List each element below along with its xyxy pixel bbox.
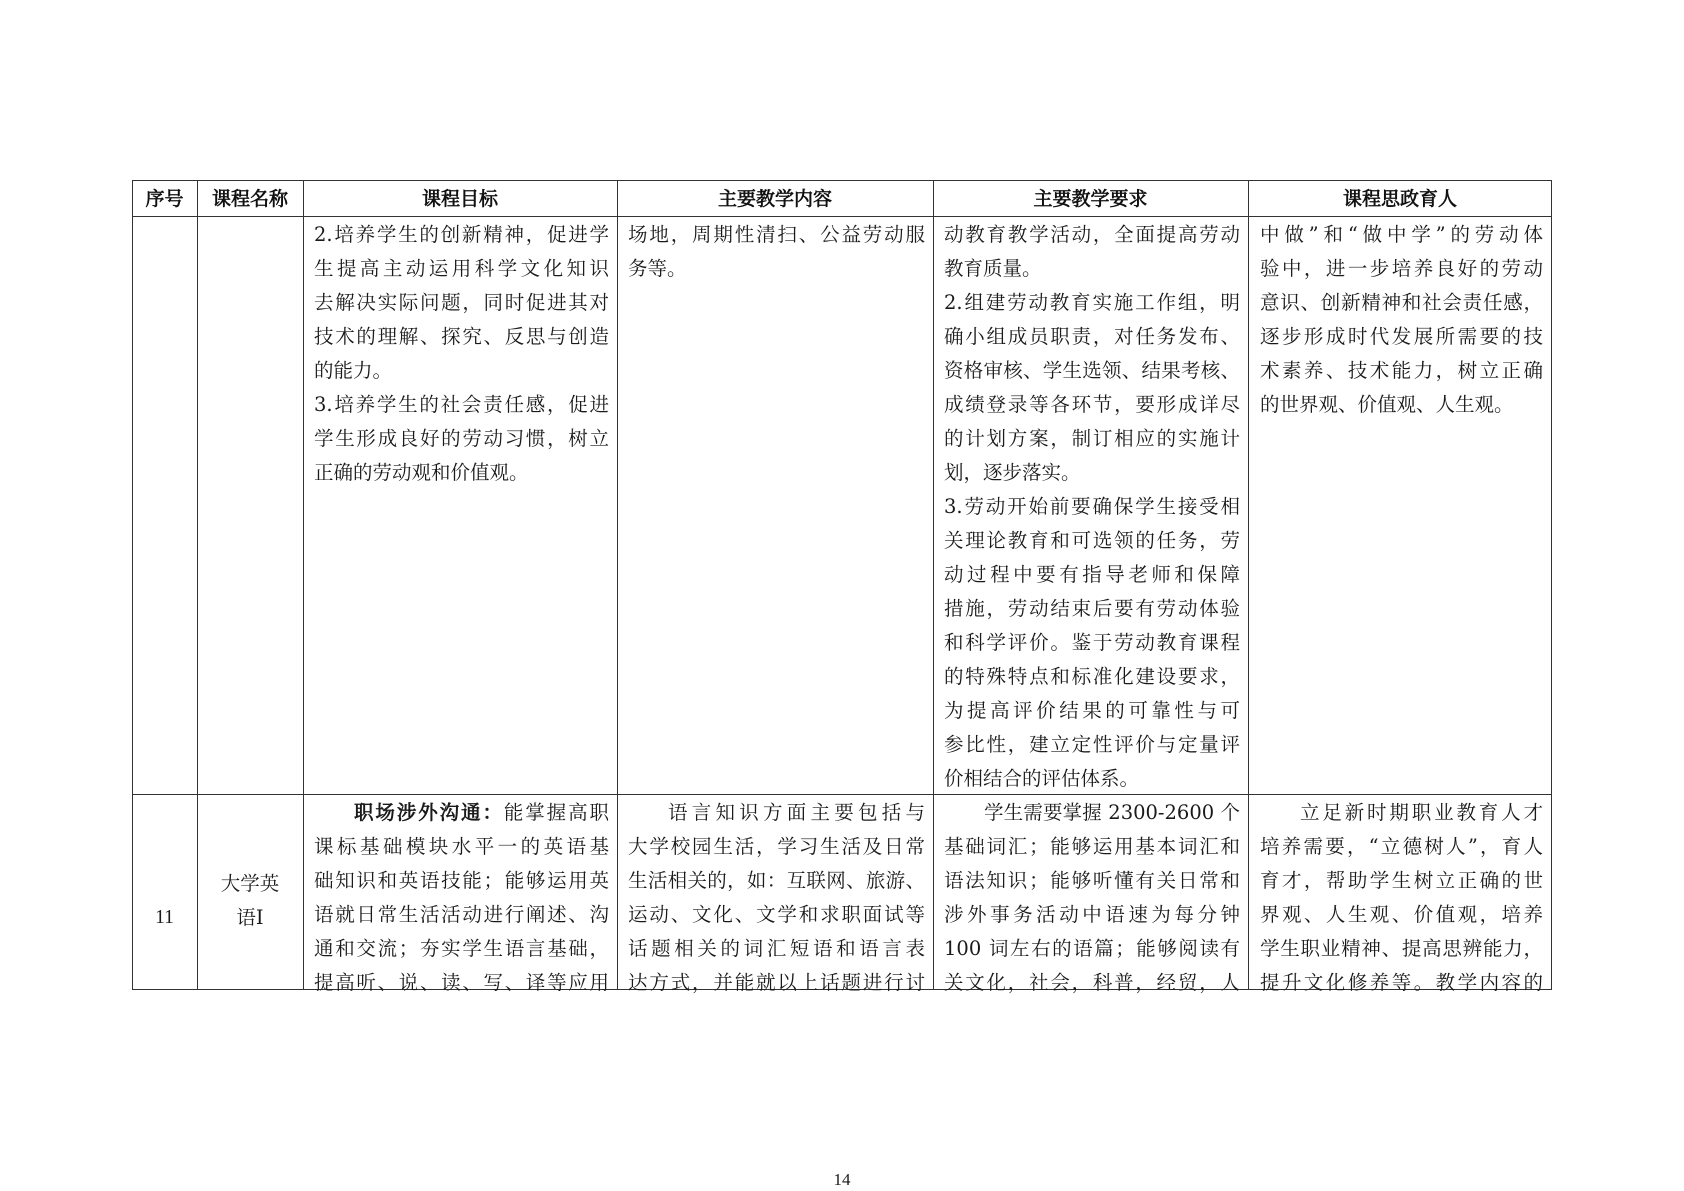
text-line: 逐步形成时代发展所需要的技 bbox=[1260, 320, 1543, 354]
text-line: 确小组成员职责，对任务发布、 bbox=[944, 320, 1240, 354]
text-line: 提升文化修养等。教学内容的 bbox=[1260, 966, 1543, 1000]
text-line: 大学英 bbox=[197, 867, 303, 901]
text-line: 3.培养学生的社会责任感，促进 bbox=[314, 388, 609, 422]
text-line: 100 词左右的语篇；能够阅读有 bbox=[944, 932, 1240, 966]
text-fragment: 能掌握高职 bbox=[504, 801, 609, 824]
text-line: 务等。 bbox=[628, 252, 925, 286]
text-line: 语法知识；能够听懂有关日常和 bbox=[944, 864, 1240, 898]
text-line: 语言知识方面主要包括与 bbox=[628, 796, 925, 830]
header-teaching-content: 主要教学内容 bbox=[617, 181, 933, 217]
row2-course-goal: 职场涉外沟通：能掌握高职 课标基础模块水平一的英语基 础知识和英语技能；能够运用… bbox=[314, 796, 609, 1000]
text-line: 运动、文化、文学和求职面试等 bbox=[628, 898, 925, 932]
text-line: 2.组建劳动教育实施工作组，明 bbox=[944, 286, 1240, 320]
text-line: 的特殊特点和标准化建设要求， bbox=[944, 660, 1240, 694]
column-divider bbox=[933, 180, 934, 990]
text-line: 场地，周期性清扫、公益劳动服 bbox=[628, 218, 925, 252]
text-line: 立足新时期职业教育人才 bbox=[1260, 796, 1543, 830]
text-line: 的世界观、价值观、人生观。 bbox=[1260, 388, 1543, 422]
text-line: 提高听、说、读、写、译等应用 bbox=[314, 966, 609, 1000]
header-index: 序号 bbox=[132, 181, 197, 217]
row1-teaching-requirements: 动教育教学活动，全面提高劳动 教育质量。 2.组建劳动教育实施工作组，明 确小组… bbox=[944, 218, 1240, 796]
text-line: 2.培养学生的创新精神，促进学 bbox=[314, 218, 609, 252]
text-line: 资格审核、学生选领、结果考核、 bbox=[944, 354, 1240, 388]
header-course-goal: 课程目标 bbox=[303, 181, 617, 217]
row2-course-name: 大学英 语Ⅰ bbox=[197, 867, 303, 935]
text-line: 语Ⅰ bbox=[197, 901, 303, 935]
column-divider bbox=[617, 180, 618, 990]
row1-course-goal: 2.培养学生的创新精神，促进学 生提高主动运用科学文化知识 去解决实际问题，同时… bbox=[314, 218, 609, 490]
text-line: 划，逐步落实。 bbox=[944, 456, 1240, 490]
text-line: 的计划方案，制订相应的实施计 bbox=[944, 422, 1240, 456]
text-line: 动过程中要有指导老师和保障 bbox=[944, 558, 1240, 592]
page-number: 14 bbox=[822, 1170, 862, 1190]
text-line: 技术的理解、探究、反思与创造 bbox=[314, 320, 609, 354]
text-line: 关理论教育和可选领的任务，劳 bbox=[944, 524, 1240, 558]
row2-index: 11 bbox=[132, 901, 197, 935]
text-line: 措施，劳动结束后要有劳动体验 bbox=[944, 592, 1240, 626]
text-line: 参比性，建立定性评价与定量评 bbox=[944, 728, 1240, 762]
header-teaching-requirements: 主要教学要求 bbox=[933, 181, 1248, 217]
document-page: 序号 课程名称 课程目标 主要教学内容 主要教学要求 课程思政育人 2.培养学生… bbox=[0, 0, 1684, 1191]
text-line: 基础词汇；能够运用基本词汇和 bbox=[944, 830, 1240, 864]
text-line: 界观、人生观、价值观，培养 bbox=[1260, 898, 1543, 932]
row2-ideological-education: 立足新时期职业教育人才 培养需要，“立德树人”，育人 育才，帮助学生树立正确的世… bbox=[1260, 796, 1543, 1000]
text-line: 职场涉外沟通：能掌握高职 bbox=[314, 796, 609, 830]
text-line: 动教育教学活动，全面提高劳动 bbox=[944, 218, 1240, 252]
text-line: 话题相关的词汇短语和语言表 bbox=[628, 932, 925, 966]
row-divider bbox=[132, 794, 1552, 795]
text-line: 的能力。 bbox=[314, 354, 609, 388]
text-line: 成绩登录等各环节，要形成详尽 bbox=[944, 388, 1240, 422]
column-divider bbox=[303, 180, 304, 990]
text-line: 础知识和英语技能；能够运用英 bbox=[314, 864, 609, 898]
text-line: 学生形成良好的劳动习惯，树立 bbox=[314, 422, 609, 456]
row2-teaching-content: 语言知识方面主要包括与 大学校园生活，学习生活及日常 生活相关的，如：互联网、旅… bbox=[628, 796, 925, 1000]
text-line: 价相结合的评估体系。 bbox=[944, 762, 1240, 796]
text-line: 语就日常生活活动进行阐述、沟 bbox=[314, 898, 609, 932]
header-ideological-education: 课程思政育人 bbox=[1248, 181, 1552, 217]
text-line: 学生职业精神、提高思辨能力， bbox=[1260, 932, 1543, 966]
text-line: 去解决实际问题，同时促进其对 bbox=[314, 286, 609, 320]
text-line: 培养需要，“立德树人”，育人 bbox=[1260, 830, 1543, 864]
text-line: 大学校园生活，学习生活及日常 bbox=[628, 830, 925, 864]
text-line: 验中，进一步培养良好的劳动 bbox=[1260, 252, 1543, 286]
text-line: 涉外事务活动中语速为每分钟 bbox=[944, 898, 1240, 932]
text-line: 为提高评价结果的可靠性与可 bbox=[944, 694, 1240, 728]
text-line: 教育质量。 bbox=[944, 252, 1240, 286]
goal-lead-heading: 职场涉外沟通： bbox=[354, 801, 504, 824]
text-line: 中做”和“做中学”的劳动体 bbox=[1260, 218, 1543, 252]
text-line: 意识、创新精神和社会责任感， bbox=[1260, 286, 1543, 320]
text-line: 和科学评价。鉴于劳动教育课程 bbox=[944, 626, 1240, 660]
column-divider bbox=[1248, 180, 1249, 990]
text-line: 学生需要掌握 2300-2600 个 bbox=[944, 796, 1240, 830]
text-line: 课标基础模块水平一的英语基 bbox=[314, 830, 609, 864]
header-course-name: 课程名称 bbox=[197, 181, 303, 217]
text-line: 术素养、技术能力，树立正确 bbox=[1260, 354, 1543, 388]
text-line: 生提高主动运用科学文化知识 bbox=[314, 252, 609, 286]
text-line: 3.劳动开始前要确保学生接受相 bbox=[944, 490, 1240, 524]
row1-teaching-content: 场地，周期性清扫、公益劳动服 务等。 bbox=[628, 218, 925, 286]
row1-ideological-education: 中做”和“做中学”的劳动体 验中，进一步培养良好的劳动 意识、创新精神和社会责任… bbox=[1260, 218, 1543, 422]
text-line: 育才，帮助学生树立正确的世 bbox=[1260, 864, 1543, 898]
text-line: 通和交流；夯实学生语言基础， bbox=[314, 932, 609, 966]
row2-teaching-requirements: 学生需要掌握 2300-2600 个 基础词汇；能够运用基本词汇和 语法知识；能… bbox=[944, 796, 1240, 1000]
text-line: 达方式，并能就以上话题进行讨 bbox=[628, 966, 925, 1000]
text-line: 关文化，社会，科普，经贸，人 bbox=[944, 966, 1240, 1000]
text-line: 生活相关的，如：互联网、旅游、 bbox=[628, 864, 925, 898]
text-line: 正确的劳动观和价值观。 bbox=[314, 456, 609, 490]
